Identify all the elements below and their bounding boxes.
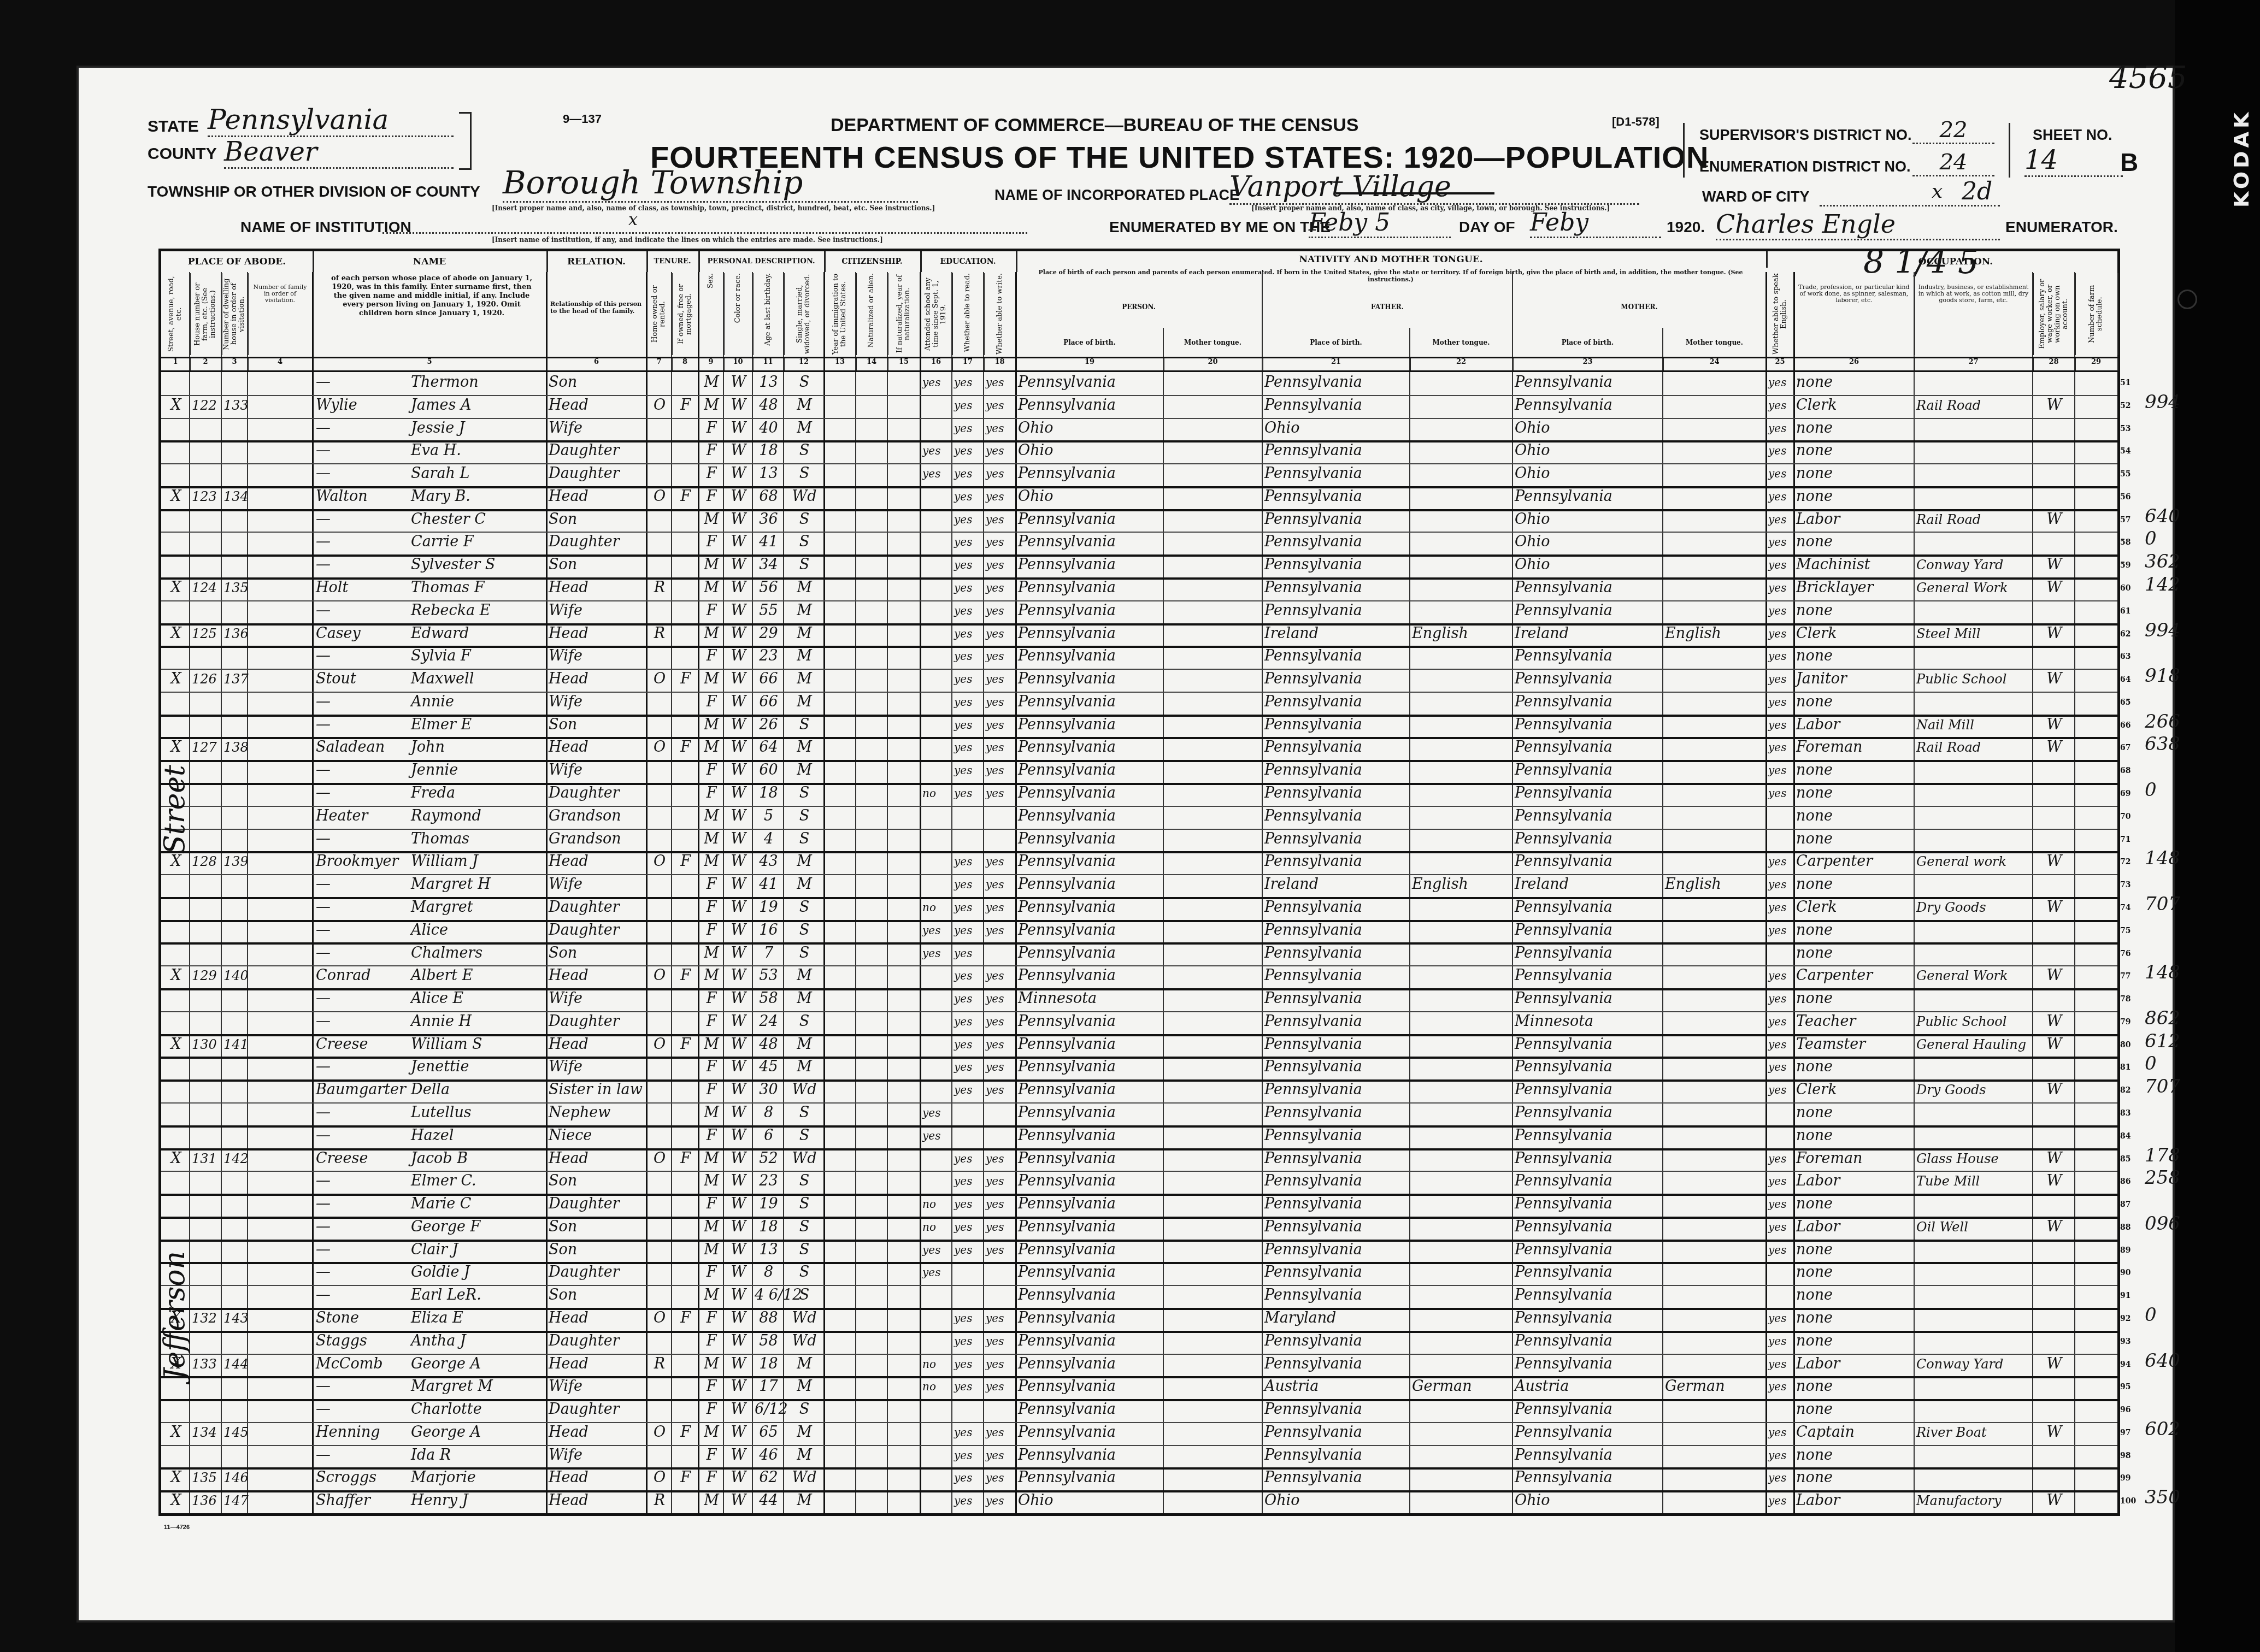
cell-age: 5 (755, 806, 782, 827)
cell-english: yes (1768, 1490, 1793, 1511)
cell-mother_tongue (1665, 1217, 1765, 1237)
cell-home: R (649, 577, 670, 598)
cell-surname: — (316, 1102, 409, 1123)
cell-sex: F (701, 486, 722, 507)
cell-race: W (726, 1331, 751, 1352)
cell-mother_tongue: English (1665, 874, 1765, 895)
cell-dwelling (223, 646, 246, 666)
cell-given-name: Alice (411, 920, 542, 941)
cell-race: W (726, 897, 751, 918)
cell-age: 36 (755, 509, 782, 530)
cell-owned (674, 806, 697, 827)
cell-home (649, 920, 670, 941)
cell-birth: Pennsylvania (1018, 1148, 1162, 1169)
cell-age: 41 (755, 874, 782, 895)
cell-age: 58 (755, 988, 782, 1009)
cell-race: W (726, 715, 751, 735)
cell-father_birth: Pennsylvania (1264, 1079, 1409, 1100)
cell-mark: X (163, 1034, 189, 1055)
cell-birth: Pennsylvania (1018, 623, 1162, 644)
cell-house: 128 (192, 851, 220, 872)
column-header-industry: Industry, business, or establishment in … (1914, 273, 2034, 355)
cell-family (250, 486, 311, 507)
cell-house (192, 1262, 220, 1283)
column-header-race: Color or race. (723, 273, 754, 355)
cell-mother_tongue (1665, 440, 1765, 461)
line-number: 73 (2120, 881, 2130, 889)
cell-read (954, 1285, 982, 1306)
cell-read: yes (954, 737, 982, 758)
film-edge-stamp: KODAK (2229, 11, 2260, 208)
cell-family (250, 1445, 311, 1466)
cell-tongue (1166, 806, 1261, 827)
cell-home (649, 554, 670, 575)
cell-mother_birth: Pennsylvania (1515, 760, 1662, 781)
cell-race: W (726, 486, 751, 507)
cell-mark: X (163, 486, 189, 507)
cell-read: yes (954, 1354, 982, 1374)
cell-owned (674, 646, 697, 666)
cell-class (2035, 463, 2074, 484)
cell-write: yes (986, 1376, 1015, 1397)
cell-family (250, 646, 311, 666)
cell-sex: F (701, 897, 722, 918)
cell-given-name: Ida R (411, 1445, 542, 1466)
cell-school: yes (922, 440, 951, 461)
cell-birth: Pennsylvania (1018, 1102, 1162, 1123)
cell-home (649, 1262, 670, 1283)
cell-write: yes (986, 1079, 1015, 1100)
column-header-text: Single, married, widowed, or divorced. (796, 273, 811, 355)
cell-father_tongue (1412, 509, 1511, 530)
cell-school (922, 1422, 951, 1443)
cell-read: yes (954, 1308, 982, 1329)
cell-surname: — (316, 1057, 409, 1077)
column-header-text: Whether able to speak English. (1773, 273, 1788, 355)
cell-surname: — (316, 783, 409, 804)
column-number: 18 (984, 358, 1017, 371)
cell-tongue (1166, 897, 1261, 918)
cell-age: 18 (755, 783, 782, 804)
cell-relation: Head (549, 395, 645, 416)
cell-mother_tongue (1665, 1057, 1765, 1077)
cell-owned (674, 1445, 697, 1466)
column-header-home: Home owned or rented. (646, 273, 673, 355)
cell-tongue (1166, 1354, 1261, 1374)
cell-mother_tongue (1665, 1422, 1765, 1443)
cell-industry (1916, 988, 2032, 1009)
county-value: Beaver (224, 137, 454, 169)
cell-industry (1916, 486, 2032, 507)
enumerated-label: ENUMERATED BY ME ON THE (1109, 219, 1331, 236)
cell-given-name: Lutellus (411, 1102, 542, 1123)
cell-relation: Head (549, 1308, 645, 1329)
cell-home (649, 1079, 670, 1100)
cell-relation: Nephew (549, 1102, 645, 1123)
cell-home (649, 715, 670, 735)
cell-english: yes (1768, 1354, 1793, 1374)
line-number: 56 (2120, 493, 2130, 501)
column-header-owned: If owned, free or mortgaged. (672, 273, 699, 355)
cell-mother_tongue (1665, 715, 1765, 735)
cell-mother_birth: Pennsylvania (1515, 1285, 1662, 1306)
cell-marital: S (786, 1194, 823, 1214)
cell-race: W (726, 1445, 751, 1466)
cell-mother_birth: Ohio (1515, 418, 1662, 439)
cell-class: W (2035, 395, 2074, 416)
cell-marital: M (786, 1490, 823, 1511)
line-number: 77 (2120, 972, 2130, 981)
cell-marital: M (786, 1445, 823, 1466)
cell-age: 34 (755, 554, 782, 575)
cell-father_tongue (1412, 463, 1511, 484)
cell-mother_tongue (1665, 783, 1765, 804)
cell-dwelling (223, 760, 246, 781)
cell-birth: Pennsylvania (1018, 1308, 1162, 1329)
cell-school (922, 1057, 951, 1077)
cell-dwelling: 136 (223, 623, 246, 644)
cell-given-name: Eva H. (411, 440, 542, 461)
cell-father_tongue (1412, 692, 1511, 712)
group-relation: RELATION. (546, 251, 648, 272)
cell-sex: M (701, 1034, 722, 1055)
cell-father_tongue (1412, 1194, 1511, 1214)
cell-mother_birth: Pennsylvania (1515, 1034, 1662, 1055)
cell-sex: M (701, 372, 722, 393)
cell-father_tongue (1412, 1034, 1511, 1055)
cell-english: yes (1768, 440, 1793, 461)
cell-home (649, 1194, 670, 1214)
cell-relation: Grandson (549, 829, 645, 849)
cell-english (1768, 1125, 1793, 1146)
cell-mother_birth: Pennsylvania (1515, 1354, 1662, 1374)
cell-father_birth: Pennsylvania (1264, 669, 1409, 689)
cell-surname: — (316, 874, 409, 895)
cell-dwelling (223, 1171, 246, 1191)
cell-mother_tongue (1665, 600, 1765, 621)
cell-birth: Pennsylvania (1018, 1285, 1162, 1306)
cell-trade: none (1796, 829, 1913, 849)
cell-marital: S (786, 715, 823, 735)
cell-home (649, 874, 670, 895)
cell-dwelling: 141 (223, 1034, 246, 1055)
cell-marital: S (786, 806, 823, 827)
cell-father_birth: Pennsylvania (1264, 1125, 1409, 1146)
cell-race: W (726, 509, 751, 530)
cell-family (250, 532, 311, 552)
cell-dwelling (223, 897, 246, 918)
cell-father_birth: Pennsylvania (1264, 943, 1409, 964)
cell-father_tongue (1412, 372, 1511, 393)
cell-dwelling (223, 1125, 246, 1146)
cell-owned: F (674, 965, 697, 986)
cell-age: 24 (755, 1011, 782, 1032)
cell-tongue (1166, 715, 1261, 735)
cell-marital: S (786, 1011, 823, 1032)
cell-relation: Son (549, 1240, 645, 1260)
cell-dwelling (223, 715, 246, 735)
cell-owned (674, 1376, 697, 1397)
enumerator-name: Charles Engle (1716, 209, 2000, 240)
cell-surname: — (316, 1399, 409, 1420)
cell-tongue (1166, 1490, 1261, 1511)
column-header-text: Age at last birthday. (764, 273, 772, 346)
cell-race: W (726, 1308, 751, 1329)
cell-family (250, 554, 311, 575)
cell-read: yes (954, 783, 982, 804)
cell-dwelling: 135 (223, 577, 246, 598)
cell-industry (1916, 1376, 2032, 1397)
cell-surname: — (316, 1011, 409, 1032)
column-number: 13 (824, 358, 857, 371)
cell-house: 123 (192, 486, 220, 507)
cell-school (922, 692, 951, 712)
cell-home (649, 1445, 670, 1466)
cell-read: yes (954, 669, 982, 689)
table-row: —ThermonSonMW13SyesyesyesPennsylvaniaPen… (161, 372, 2117, 396)
cell-family (250, 737, 311, 758)
cell-marital: S (786, 1399, 823, 1420)
cell-tongue (1166, 1331, 1261, 1352)
cell-industry (1916, 1467, 2032, 1488)
cell-relation: Sister in law (549, 1079, 645, 1100)
cell-home: O (649, 965, 670, 986)
cell-given-name: Raymond (411, 806, 542, 827)
cell-tongue (1166, 646, 1261, 666)
cell-trade: none (1796, 1194, 1913, 1214)
cell-age: 60 (755, 760, 782, 781)
line-number: 100 (2120, 1497, 2136, 1506)
column-header-text: Trade, profession, or particular kind of… (1794, 273, 1914, 315)
line-number: 76 (2120, 949, 2130, 958)
cell-sex: F (701, 692, 722, 712)
cell-school: yes (922, 372, 951, 393)
column-header-birth: Place of birth. (1016, 339, 1163, 346)
cell-given-name: Chalmers (411, 943, 542, 964)
cell-surname: — (316, 1445, 409, 1466)
cell-given-name: Annie (411, 692, 542, 712)
table-row: —ThomasGrandsonMW4SPennsylvaniaPennsylva… (161, 829, 2117, 854)
line-number: 60 (2120, 584, 2130, 593)
cell-given-name: George F (411, 1217, 542, 1237)
cell-house (192, 988, 220, 1009)
cell-marital: Wd (786, 486, 823, 507)
cell-mother_tongue (1665, 1308, 1765, 1329)
column-header-text: If naturalized, year of naturalization. (896, 273, 911, 355)
cell-relation: Head (549, 1490, 645, 1511)
cell-mark: X (163, 1467, 189, 1488)
cell-write (986, 1125, 1015, 1146)
cell-marital: S (786, 372, 823, 393)
cell-mother_birth: Ohio (1515, 509, 1662, 530)
cell-write: yes (986, 692, 1015, 712)
line-number: 59 (2120, 561, 2130, 570)
cell-sex: M (701, 395, 722, 416)
cell-family (250, 1354, 311, 1374)
table-row: X136147ShafferHenry JHeadRMW44MyesyesOhi… (161, 1490, 2117, 1515)
table-row: X126137StoutMaxwellHeadOFMW66MyesyesPenn… (161, 669, 2117, 693)
margin-code: 362 (2145, 551, 2180, 573)
cell-school: no (922, 1354, 951, 1374)
column-header-text: Home owned or rented. (651, 273, 667, 355)
line-number: 72 (2120, 858, 2130, 866)
cell-mother_tongue (1665, 1354, 1765, 1374)
cell-house (192, 829, 220, 849)
cell-marital: S (786, 1217, 823, 1237)
table-row: —JenettieWifeFW45MyesyesPennsylvaniaPenn… (161, 1057, 2117, 1082)
cell-birth: Pennsylvania (1018, 1422, 1162, 1443)
cell-race: W (726, 1148, 751, 1169)
cell-marital: S (786, 1102, 823, 1123)
cell-father_birth: Pennsylvania (1264, 395, 1409, 416)
cell-dwelling: 133 (223, 395, 246, 416)
cell-industry (1916, 1445, 2032, 1466)
cell-race: W (726, 1262, 751, 1283)
cell-tongue (1166, 1308, 1261, 1329)
cell-birth: Ohio (1018, 440, 1162, 461)
cell-birth: Ohio (1018, 486, 1162, 507)
cell-school: no (922, 1376, 951, 1397)
cell-write: yes (986, 1011, 1015, 1032)
line-number: 97 (2120, 1429, 2130, 1437)
cell-read (954, 1262, 982, 1283)
cell-house (192, 920, 220, 941)
line-number: 82 (2120, 1086, 2130, 1095)
cell-mark (163, 1125, 189, 1146)
cell-father_birth: Pennsylvania (1264, 1171, 1409, 1191)
cell-birth: Pennsylvania (1018, 669, 1162, 689)
cell-father_birth: Pennsylvania (1264, 1194, 1409, 1214)
cell-class (2035, 920, 2074, 941)
cell-trade: none (1796, 806, 1913, 827)
cell-read: yes (954, 1034, 982, 1055)
line-number: 66 (2120, 721, 2130, 730)
cell-industry (1916, 646, 2032, 666)
line-number: 87 (2120, 1200, 2130, 1209)
cell-read: yes (954, 509, 982, 530)
cell-father_tongue (1412, 897, 1511, 918)
cell-age: 13 (755, 463, 782, 484)
cell-school (922, 554, 951, 575)
cell-age: 19 (755, 1194, 782, 1214)
cell-surname: — (316, 646, 409, 666)
cell-relation: Wife (549, 646, 645, 666)
cell-house (192, 1125, 220, 1146)
cell-tongue (1166, 920, 1261, 941)
cell-house (192, 372, 220, 393)
column-header-age: Age at last birthday. (752, 273, 785, 355)
cell-mother_tongue (1665, 1262, 1765, 1283)
cell-dwelling (223, 829, 246, 849)
cell-birth: Pennsylvania (1018, 1194, 1162, 1214)
cell-marital: M (786, 965, 823, 986)
cell-class (2035, 1467, 2074, 1488)
cell-marital: M (786, 1376, 823, 1397)
cell-class: W (2035, 1490, 2074, 1511)
cell-school (922, 1308, 951, 1329)
cell-school (922, 1148, 951, 1169)
cell-tongue (1166, 1399, 1261, 1420)
cell-read (954, 806, 982, 827)
column-number: 16 (920, 358, 953, 371)
cell-sex: M (701, 509, 722, 530)
cell-dwelling (223, 988, 246, 1009)
cell-mother_tongue (1665, 1102, 1765, 1123)
cell-sex: F (701, 1125, 722, 1146)
cell-relation: Wife (549, 418, 645, 439)
cell-birth: Pennsylvania (1018, 760, 1162, 781)
cell-father_tongue (1412, 783, 1511, 804)
cell-home (649, 1376, 670, 1397)
cell-write (986, 829, 1015, 849)
cell-sex: F (701, 783, 722, 804)
table-row: —Margret MWifeFW17MnoyesyesPennsylvaniaA… (161, 1376, 2117, 1401)
cell-family (250, 463, 311, 484)
cell-marital: M (786, 577, 823, 598)
cell-mother_tongue (1665, 1399, 1765, 1420)
cell-relation: Daughter (549, 783, 645, 804)
cell-marital: M (786, 669, 823, 689)
cell-industry (1916, 783, 2032, 804)
column-header-text: Employer, salary or wage worker, or work… (2039, 273, 2069, 355)
cell-english: yes (1768, 1467, 1793, 1488)
table-row: —Chester CSonMW36SyesyesPennsylvaniaPenn… (161, 509, 2117, 533)
cell-class (2035, 1399, 2074, 1420)
cell-surname: Walton (316, 486, 409, 507)
scan-edge (2175, 0, 2260, 1652)
cell-relation: Son (549, 715, 645, 735)
cell-sex: M (701, 554, 722, 575)
cell-surname: — (316, 897, 409, 918)
cell-family (250, 1422, 311, 1443)
cell-house: 130 (192, 1034, 220, 1055)
cell-class (2035, 943, 2074, 964)
cell-father_tongue (1412, 965, 1511, 986)
cell-trade: none (1796, 1240, 1913, 1260)
cell-given-name: Hazel (411, 1125, 542, 1146)
cell-write: yes (986, 965, 1015, 986)
cell-surname: — (316, 1217, 409, 1237)
cell-surname: Brookmyer (316, 851, 409, 872)
cell-home: O (649, 1034, 670, 1055)
cell-sex: F (701, 1011, 722, 1032)
cell-tongue (1166, 1240, 1261, 1260)
cell-trade: none (1796, 372, 1913, 393)
cell-marital: M (786, 1034, 823, 1055)
cell-father_birth: Pennsylvania (1264, 1034, 1409, 1055)
cell-father_birth: Ireland (1264, 874, 1409, 895)
table-row: —Sylvia FWifeFW23MyesyesPennsylvaniaPenn… (161, 646, 2117, 670)
cell-home: R (649, 1490, 670, 1511)
cell-sex: F (701, 1057, 722, 1077)
cell-school (922, 623, 951, 644)
cell-english: yes (1768, 1376, 1793, 1397)
cell-family (250, 874, 311, 895)
cell-english: yes (1768, 600, 1793, 621)
cell-dwelling (223, 943, 246, 964)
line-number: 83 (2120, 1109, 2130, 1118)
cell-trade: Clerk (1796, 395, 1913, 416)
cell-home: O (649, 486, 670, 507)
cell-english (1768, 1285, 1793, 1306)
column-header-text: Sex. (707, 273, 715, 288)
cell-write: yes (986, 646, 1015, 666)
cell-tongue (1166, 1262, 1261, 1283)
cell-dwelling (223, 440, 246, 461)
cell-surname: — (316, 1285, 409, 1306)
cell-surname: — (316, 1171, 409, 1191)
cell-age: 41 (755, 532, 782, 552)
